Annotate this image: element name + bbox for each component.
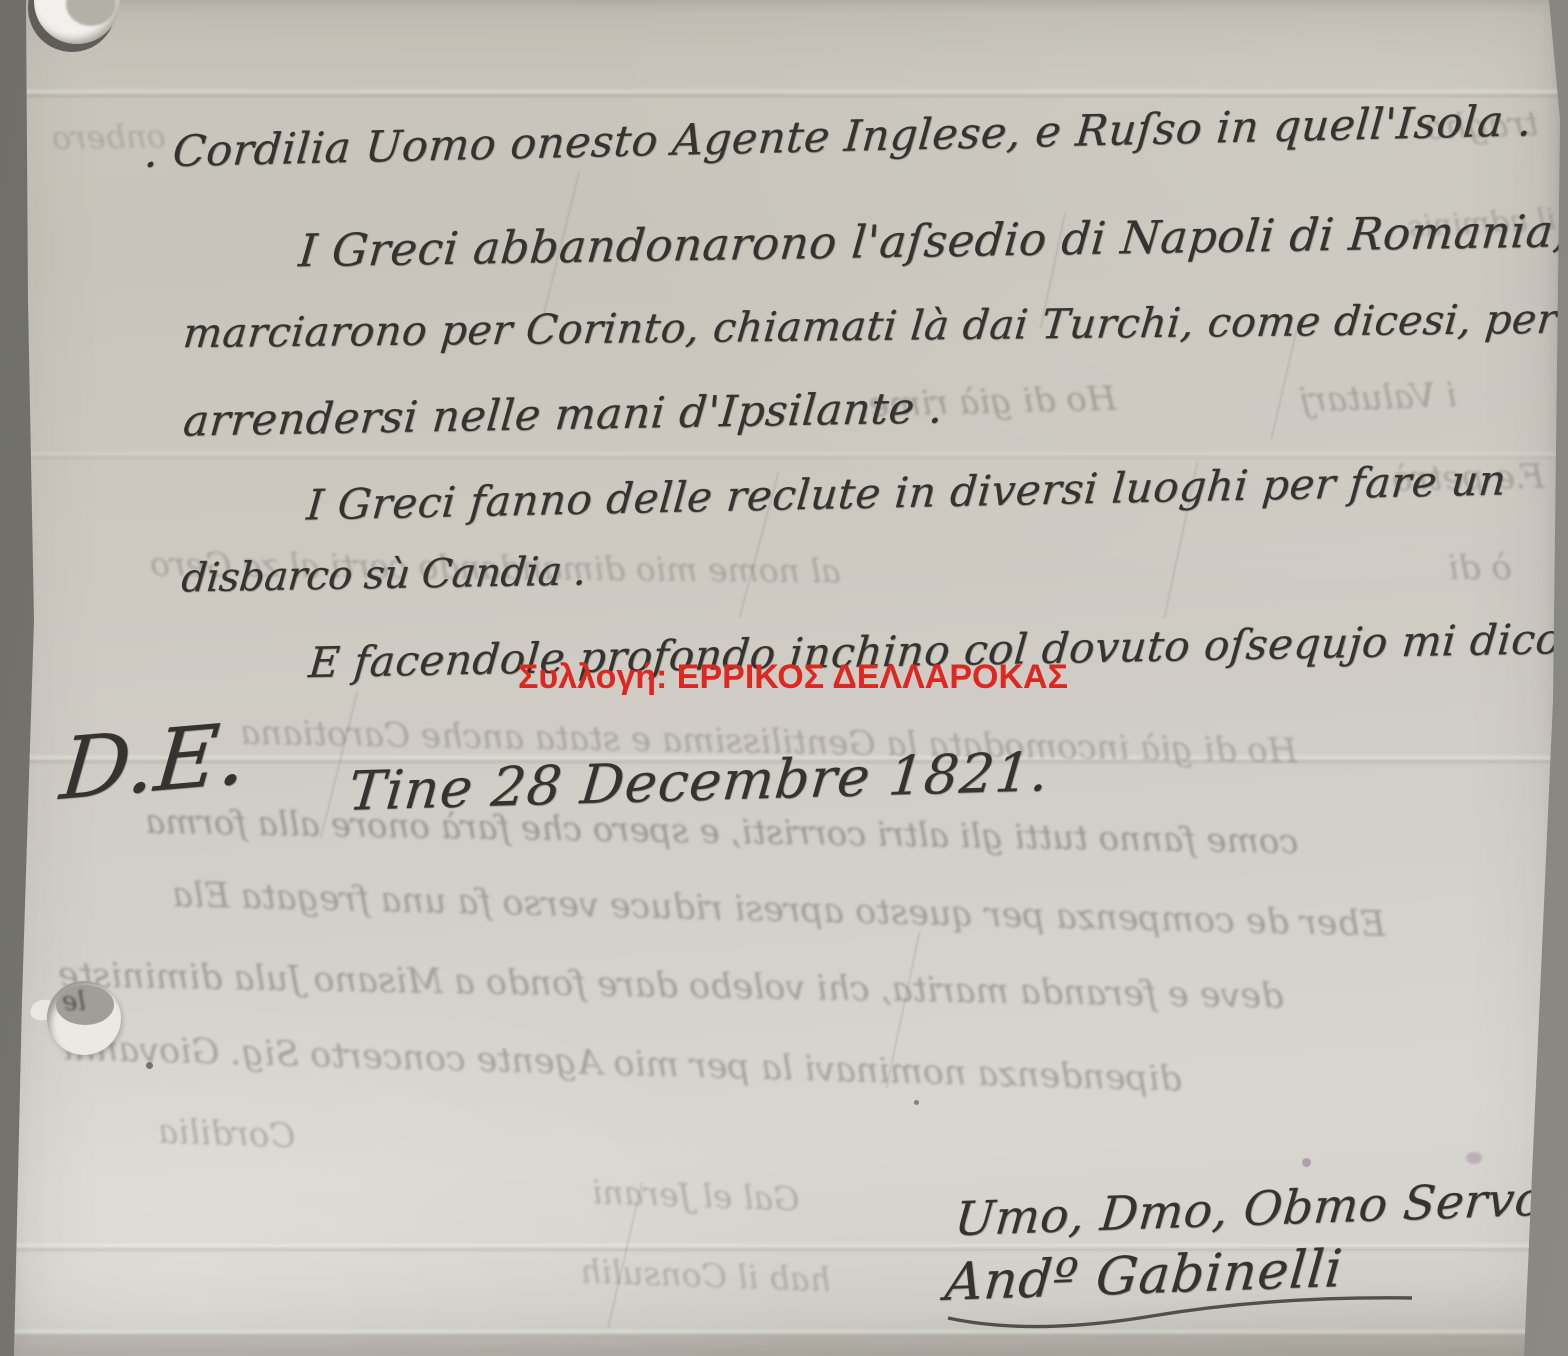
collection-watermark: Συλλογή: ΕΡΡΙΚΟΣ ΔΕΛΛΑΡΟΚΑΣ — [518, 658, 1068, 697]
bleedthrough-line: Eber de compenza per questo apresi riduc… — [172, 875, 1386, 945]
photo-of-letter: onbero tragho il adminis Ho di già rime.… — [0, 0, 1568, 1356]
ink-speck — [146, 1062, 153, 1069]
monogram: D.E. — [57, 704, 251, 820]
bottom-shadow-band — [0, 1336, 1568, 1356]
letter-page: onbero tragho il adminis Ho di già rime.… — [0, 0, 1568, 1356]
signature-flourish — [942, 1292, 1442, 1338]
bleedthrough-line: i Valutarj — [1299, 375, 1457, 420]
letter-line-4: arrendersi nelle mani d'Ipsilante . — [181, 383, 945, 446]
fold-crease — [0, 90, 1568, 100]
bleedthrough-line: Cordilia — [157, 1112, 296, 1157]
valediction-line: Umo, Dmo, Obmo Servo — [953, 1172, 1547, 1247]
letter-line-1: . Cordilia Uomo onesto Agente Inglese, e… — [142, 96, 1534, 177]
ink-speck — [914, 1100, 919, 1105]
bleedthrough-line: ò di — [1448, 548, 1512, 588]
bleedthrough-line: dipendenza nominavi la per mio Agente co… — [62, 1028, 1183, 1099]
punch-hole-lower-opening: le — [56, 985, 114, 1025]
ink-speck — [1302, 1158, 1311, 1167]
bleedthrough-line: deve e feranda marita, chi volebo dare f… — [58, 955, 1284, 1016]
letter-line-6: disbarco sù Candia . — [180, 548, 588, 601]
bleedthrough-line: Gal el Jerani — [591, 1172, 800, 1218]
letter-line-2: I Greci abbandonarono l'aſsedio di Napol… — [297, 204, 1568, 278]
bleedthrough-fragment-in-hole: le — [62, 987, 86, 1017]
letter-line-3: marciarono per Corinto, chiamati là dai … — [181, 295, 1559, 357]
ink-speck — [1466, 1152, 1482, 1164]
letter-line-5: I Greci fanno delle reclute in diversi l… — [305, 455, 1509, 529]
